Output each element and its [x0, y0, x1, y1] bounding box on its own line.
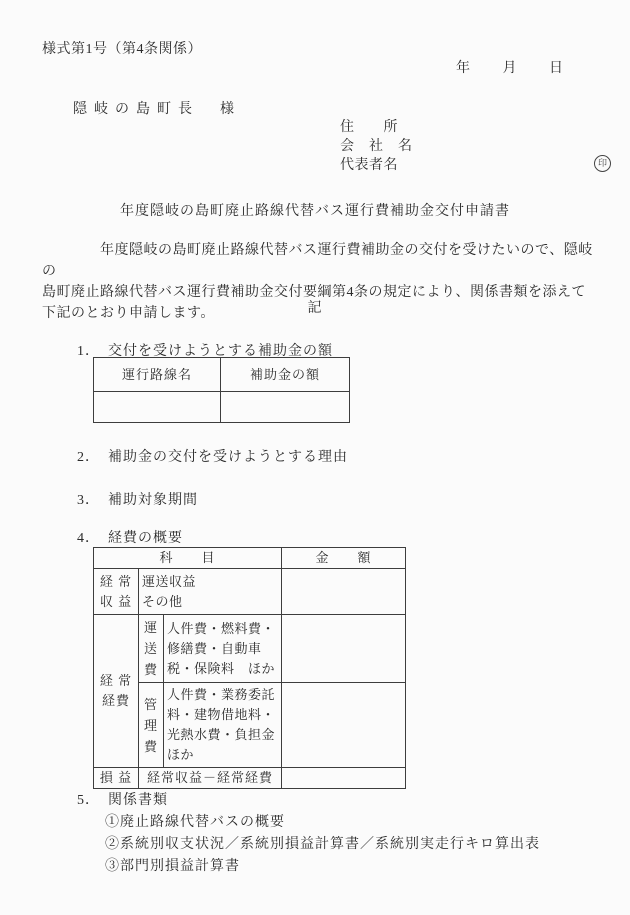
addressee: 隠岐の島町長 様 [73, 98, 241, 118]
attachment-list: ①廃止路線代替バスの概要 ②系統別収支状況／系統別損益計算書／系統別実走行キロ算… [105, 812, 540, 878]
section-4-heading: 4． 経費の概要 [77, 527, 183, 547]
section-5-heading: 5． 関係書類 [77, 789, 168, 809]
profit-loss-formula: 経常収益－経常経費 [139, 768, 282, 789]
subsidy-amount-header: 補助金の額 [221, 358, 350, 392]
ordinary-expense-label: 経 常 経費 [94, 615, 139, 768]
management-cost-label: 管 理 費 [139, 683, 164, 768]
ordinary-revenue-label: 経 常 収 益 [94, 569, 139, 615]
management-cost-row: 管 理 費 人件費・業務委託 料・建物借地料・ 光熱水費・負担金 ほか [94, 683, 406, 768]
amount-header: 金 額 [282, 548, 406, 569]
revenue-amount-cell [282, 569, 406, 615]
profit-loss-label: 損 益 [94, 768, 139, 789]
transport-cost-items: 人件費・燃料費・ 修繕費・自動車 税・保険料 ほか [164, 615, 282, 683]
document-title: 年度隠岐の島町廃止路線代替バス運行費補助金交付申請書 [0, 200, 630, 220]
transport-cost-label: 運 送 費 [139, 615, 164, 683]
subsidy-amount-cell [221, 392, 350, 423]
subject-header: 科 目 [94, 548, 282, 569]
seal-icon: 印 [594, 155, 611, 172]
form-number: 様式第1号（第4条関係） [42, 38, 202, 58]
subsidy-amount-table: 運行路線名 補助金の額 [93, 357, 350, 423]
profit-loss-amount-cell [282, 768, 406, 789]
transport-cost-row: 経 常 経費 運 送 費 人件費・燃料費・ 修繕費・自動車 税・保険料 ほか [94, 615, 406, 683]
table-row [94, 392, 350, 423]
section-3-heading: 3． 補助対象期間 [77, 489, 198, 509]
expense-header-row: 科 目 金 額 [94, 548, 406, 569]
route-name-cell [94, 392, 221, 423]
date-line: 年 月 日 [456, 57, 565, 77]
ki-marker: 記 [0, 297, 630, 317]
profit-loss-row: 損 益 経常収益－経常経費 [94, 768, 406, 789]
revenue-items: 運送収益 その他 [139, 569, 282, 615]
applicant-block: 住 所 会 社 名 代表者名 [340, 118, 413, 175]
management-amount-cell [282, 683, 406, 768]
section-2-heading: 2． 補助金の交付を受けようとする理由 [77, 446, 348, 466]
expense-summary-table: 科 目 金 額 経 常 収 益 運送収益 その他 経 常 経費 運 送 費 人件… [93, 547, 406, 789]
route-name-header: 運行路線名 [94, 358, 221, 392]
application-form-page: 様式第1号（第4条関係） 年 月 日 隠岐の島町長 様 住 所 会 社 名 代表… [0, 0, 630, 915]
transport-amount-cell [282, 615, 406, 683]
management-cost-items: 人件費・業務委託 料・建物借地料・ 光熱水費・負担金 ほか [164, 683, 282, 768]
ordinary-revenue-row: 経 常 収 益 運送収益 その他 [94, 569, 406, 615]
table-header-row: 運行路線名 補助金の額 [94, 358, 350, 392]
